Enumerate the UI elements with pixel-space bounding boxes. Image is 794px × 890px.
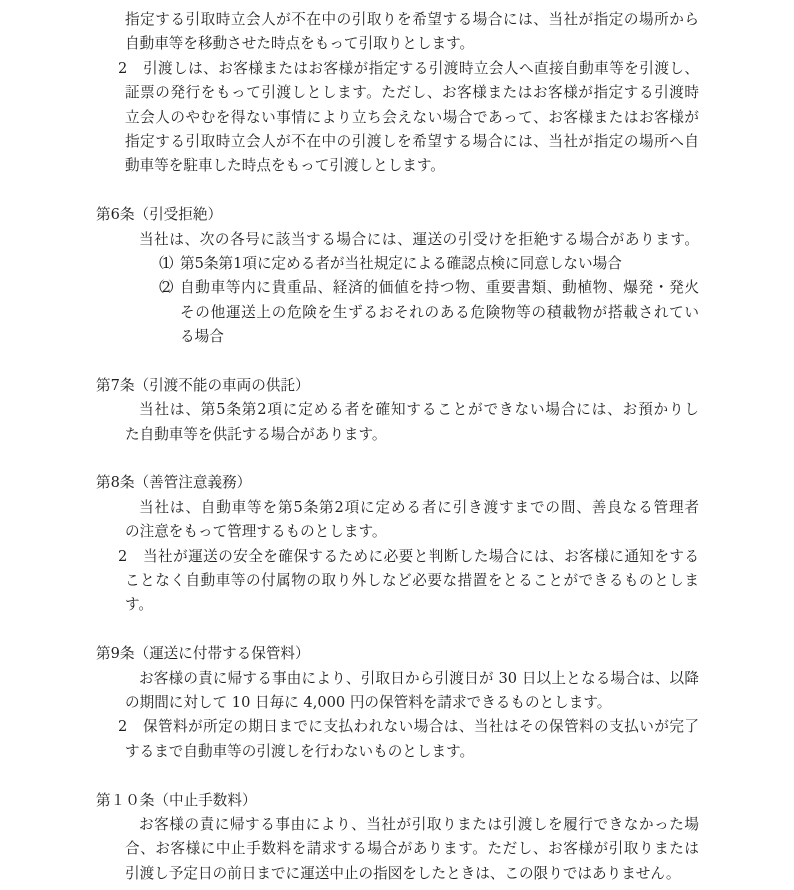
section-article-8: 第8条（善管注意義務）当社は、自動車等を第5条第2項に定める者に引き渡すまでの間… [0,471,794,617]
text-line: 立会人のやむを得ない事情により立ち会えない場合であって、お客様またはお客様が [125,106,699,130]
text-line: その他運送上の危険を生ずるおそれのある危険物等の積載物が搭載されてい [180,301,699,325]
line-text: 自動車等内に貴重品、経済的価値を持つ物、重要書類、動植物、爆発・発火 [180,276,699,300]
text-line: するまで自動車等の引渡しを行わないものとします。 [125,740,699,764]
section-article-6: 第6条（引受拒絶）当社は、次の各号に該当する場合には、運送の引受けを拒絶する場合… [0,203,794,349]
document-page: 指定する引取時立会人が不在中の引取りを希望する場合には、当社が指定の場所から自動… [0,0,794,890]
item-number: （1） [150,252,179,276]
text-line: 2保管料が所定の期日までに支払われない場合は、当社はその保管料の支払いが完了 [118,715,699,739]
item-number: （2） [150,276,179,300]
article-heading: 第１０条（中止手数料） [96,789,794,813]
article-heading: 第8条（善管注意義務） [96,471,794,495]
article-heading: 第6条（引受拒絶） [96,203,794,227]
text-line: 当社は、第5条第2項に定める者を確知することができない場合には、お預かりし [139,398,699,422]
line-text: 第5条第1項に定める者が当社規定による確認点検に同意しない場合 [180,252,699,276]
text-line: 2引渡しは、お客様またはお客様が指定する引渡時立会人へ直接自動車等を引渡し、 [118,57,699,81]
text-line: 引渡し予定日の前日までに運送中止の指図をしたときは、この限りではありません。 [125,862,699,886]
text-line: 当社は、次の各号に該当する場合には、運送の引受けを拒絶する場合があります。 [139,228,699,252]
text-line: （1）第5条第1項に定める者が当社規定による確認点検に同意しない場合 [150,252,699,276]
text-line: お客様の責に帰する事由により、引取日から引渡日が 30 日以上となる場合は、以降 [139,667,699,691]
line-text: 当社が運送の安全を確保するために必要と判断した場合には、お客様に通知をする [143,545,699,569]
text-line: 証票の発行をもって引渡しとします。ただし、お客様またはお客様が指定する引渡時 [125,81,699,105]
text-line: （2）自動車等内に貴重品、経済的価値を持つ物、重要書類、動植物、爆発・発火 [150,276,699,300]
text-line: 2当社が運送の安全を確保するために必要と判断した場合には、お客様に通知をする [118,545,699,569]
text-line: 自動車等を移動させた時点をもって引取りとします。 [125,32,699,56]
document-body: 指定する引取時立会人が不在中の引取りを希望する場合には、当社が指定の場所から自動… [0,8,794,886]
article-heading: 第7条（引渡不能の車両の供託） [96,374,794,398]
paragraph-number: 2 [118,545,127,569]
text-line: 指定する引取時立会人が不在中の引渡しを希望する場合には、当社が指定の場所へ自 [125,130,699,154]
text-line: の注意をもって管理するものとします。 [125,520,699,544]
section-article-10: 第１０条（中止手数料）お客様の責に帰する事由により、当社が引取りまたは引渡しを履… [0,789,794,887]
text-line: 動車等を駐車した時点をもって引渡しとします。 [125,154,699,178]
text-line: 当社は、自動車等を第5条第2項に定める者に引き渡すまでの間、善良なる管理者 [139,496,699,520]
line-text: 引渡しは、お客様またはお客様が指定する引渡時立会人へ直接自動車等を引渡し、 [143,57,699,81]
text-line: ことなく自動車等の付属物の取り外しなど必要な措置をとることができるものとしま [125,569,699,593]
text-line: 指定する引取時立会人が不在中の引取りを希望する場合には、当社が指定の場所から [125,8,699,32]
line-text: 保管料が所定の期日までに支払われない場合は、当社はその保管料の支払いが完了 [143,715,699,739]
section-article-7: 第7条（引渡不能の車両の供託）当社は、第5条第2項に定める者を確知することができ… [0,374,794,447]
paragraph-number: 2 [118,57,127,81]
section-article-5-continuation: 指定する引取時立会人が不在中の引取りを希望する場合には、当社が指定の場所から自動… [0,8,794,179]
text-line: る場合 [180,325,699,349]
text-line: の期間に対して 10 日毎に 4,000 円の保管料を請求できるものとします。 [125,691,699,715]
text-line: た自動車等を供託する場合があります。 [125,423,699,447]
paragraph-number: 2 [118,715,127,739]
text-line: す。 [125,593,699,617]
text-line: お客様の責に帰する事由により、当社が引取りまたは引渡しを履行できなかった場 [139,813,699,837]
article-heading: 第9条（運送に付帯する保管料） [96,642,794,666]
text-line: 合、お客様に中止手数料を請求する場合があります。ただし、お客様が引取りまたは [125,837,699,861]
section-article-9: 第9条（運送に付帯する保管料）お客様の責に帰する事由により、引取日から引渡日が … [0,642,794,764]
